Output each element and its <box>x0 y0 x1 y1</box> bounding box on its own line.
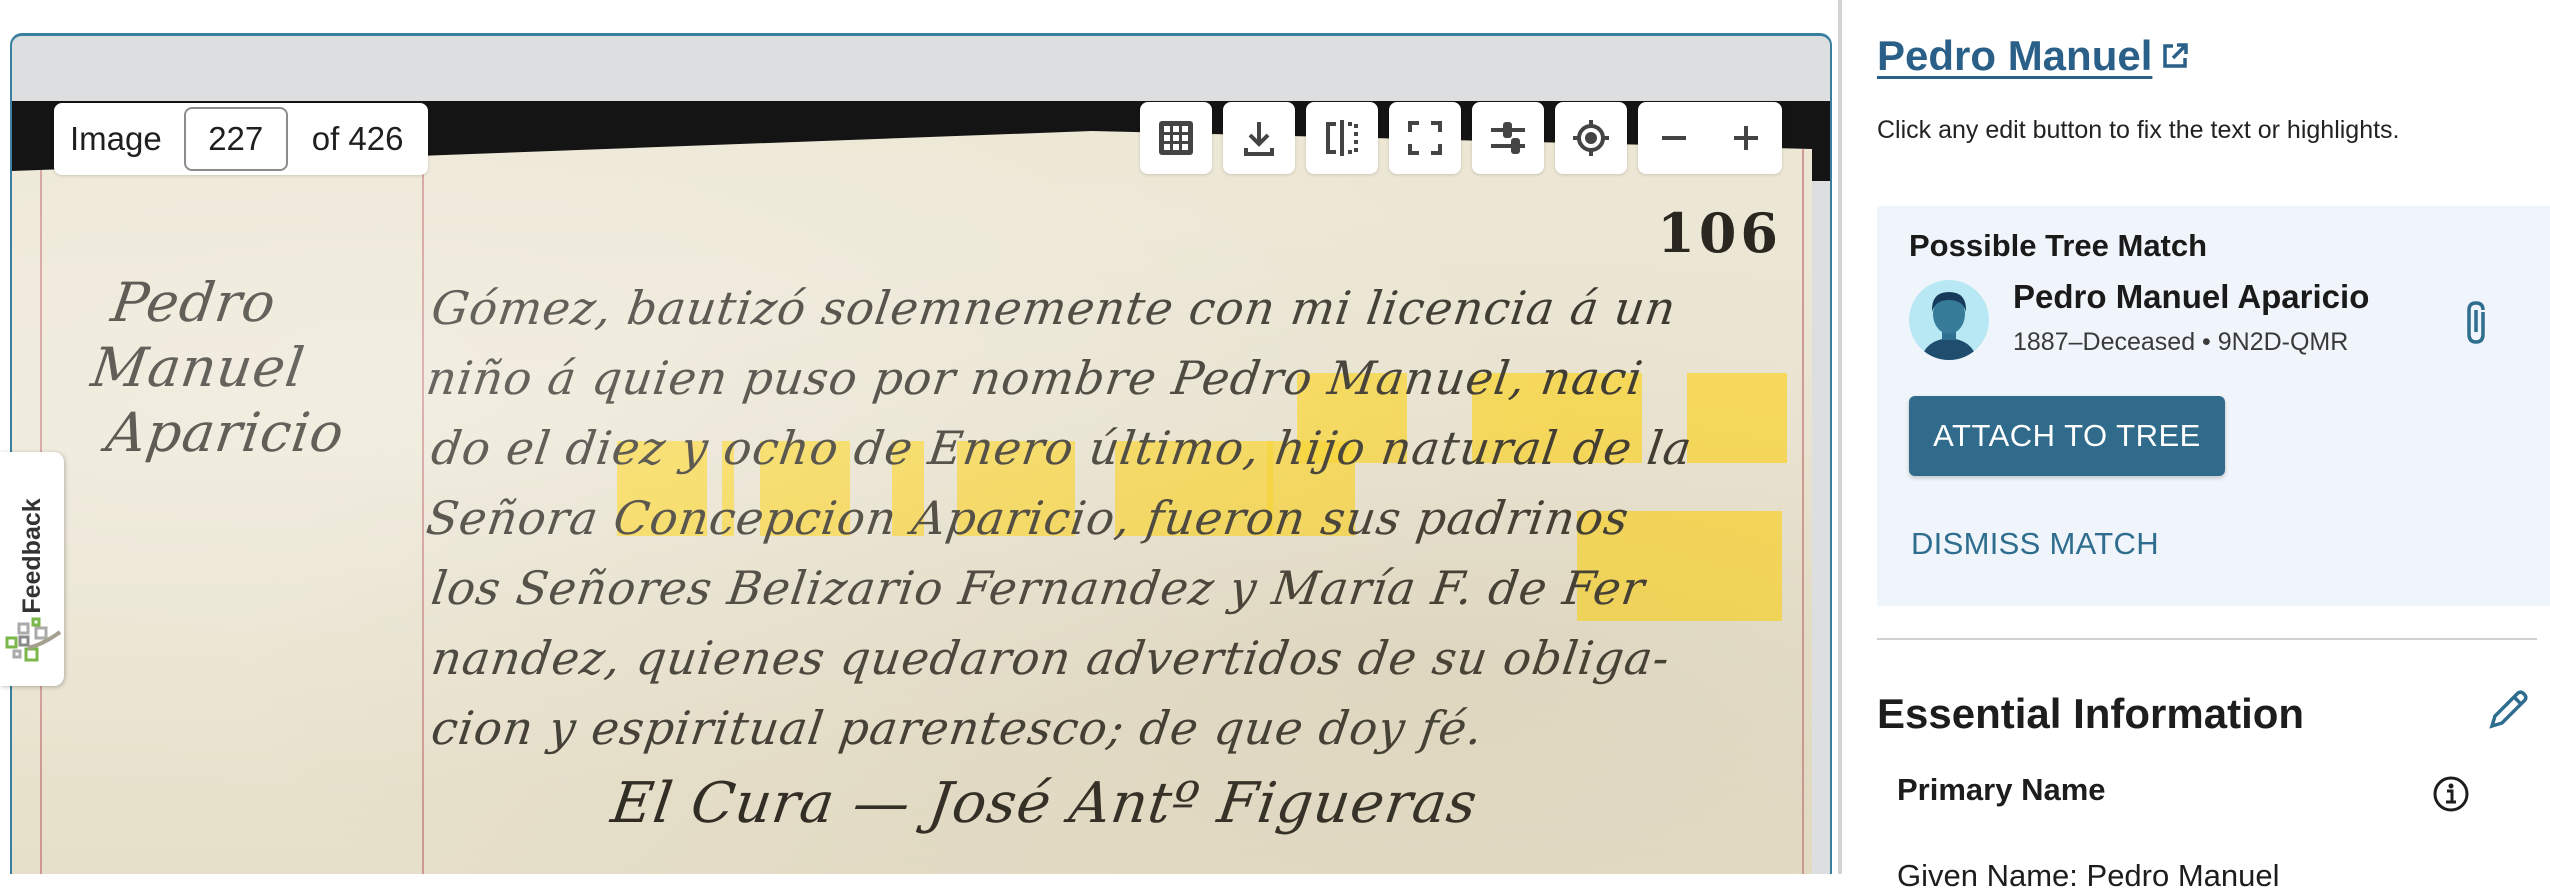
match-heading: Possible Tree Match <box>1909 228 2207 264</box>
fullscreen-icon <box>1405 118 1445 158</box>
person-avatar-icon <box>1909 280 1989 360</box>
highlight-box[interactable] <box>760 441 850 536</box>
highlight-box[interactable] <box>1297 373 1407 463</box>
highlight-box[interactable] <box>957 441 1075 536</box>
match-person-name: Pedro Manuel Aparicio <box>2013 278 2369 316</box>
match-person-meta: 1887–Deceased • 9N2D-QMR <box>2013 328 2348 357</box>
sliders-icon <box>1488 118 1528 158</box>
document-text-line: cion y espiritual parentesco; de que doy… <box>428 701 1487 755</box>
highlight-box[interactable] <box>1472 373 1642 463</box>
primary-name-info-button[interactable] <box>2432 775 2470 818</box>
paperclip-icon <box>2463 300 2493 346</box>
compare-button[interactable] <box>1306 102 1378 174</box>
zoom-in-button[interactable] <box>1716 102 1776 174</box>
info-icon <box>2432 775 2470 813</box>
image-label: Image <box>70 120 162 158</box>
record-panel: Pedro Manuel Click any edit button to fi… <box>1842 0 2550 874</box>
recenter-button[interactable] <box>1555 102 1627 174</box>
margin-rule-line <box>1802 131 1804 874</box>
download-icon <box>1239 118 1279 158</box>
highlight-box[interactable] <box>1577 511 1782 621</box>
split-compare-icon <box>1322 118 1362 158</box>
margin-name-line: Aparicio <box>103 401 349 464</box>
feedback-logo-icon <box>4 614 62 668</box>
document-image[interactable]: 106 Pedro Manuel Aparicio Gómez, bautizó… <box>12 131 1812 874</box>
document-text-line: Gómez, bautizó solemnemente con mi licen… <box>428 281 1680 335</box>
panel-instructions: Click any edit button to fix the text or… <box>1877 116 2400 145</box>
margin-name-line: Pedro <box>108 271 281 334</box>
pencil-icon <box>2486 688 2530 732</box>
edit-essential-button[interactable] <box>2486 688 2530 737</box>
image-adjust-button[interactable] <box>1472 102 1544 174</box>
viewer-toolbar <box>1140 102 1782 174</box>
document-text-line: do el diez y ocho de Enero último, hijo … <box>428 421 1696 475</box>
margin-rule-line <box>422 131 424 874</box>
person-title-link[interactable]: Pedro Manuel <box>1877 32 2190 80</box>
minus-icon <box>1659 123 1689 153</box>
zoom-controls <box>1638 102 1782 174</box>
feedback-tab[interactable]: Feedback <box>0 452 64 686</box>
document-text-line: niño á quien puso por nombre Pedro Manue… <box>423 351 1646 405</box>
highlight-box[interactable] <box>1267 441 1355 536</box>
attach-clip-button[interactable] <box>2463 300 2493 351</box>
dismiss-match-button[interactable]: DISMISS MATCH <box>1911 526 2159 562</box>
page-number: 106 <box>1657 201 1782 265</box>
document-text-line: Señora Concepcion Aparicio, fueron sus p… <box>423 491 1632 545</box>
image-number-input[interactable] <box>184 107 288 171</box>
primary-name-label: Primary Name <box>1897 772 2106 808</box>
signature: El Cura — José Antº Figueras <box>607 771 1481 836</box>
download-button[interactable] <box>1223 102 1295 174</box>
document-text-line: los Señores Belizario Fernandez y María … <box>428 561 1648 615</box>
image-counter: Image of 426 <box>54 103 428 175</box>
target-icon <box>1571 118 1611 158</box>
image-total: of 426 <box>312 120 404 158</box>
document-text-line: nandez, quienes quedaron advertidos de s… <box>428 631 1673 685</box>
person-title: Pedro Manuel <box>1877 32 2152 80</box>
plus-icon <box>1731 123 1761 153</box>
tree-match-card: Possible Tree Match Pedro Manuel Aparici… <box>1877 206 2550 606</box>
external-link-icon <box>2160 41 2190 71</box>
grid-icon <box>1156 118 1196 158</box>
highlight-box[interactable] <box>892 441 924 536</box>
essential-info-heading: Essential Information <box>1877 690 2304 738</box>
grid-view-button[interactable] <box>1140 102 1212 174</box>
highlight-box[interactable] <box>617 441 707 536</box>
section-divider <box>1877 638 2537 640</box>
highlight-box[interactable] <box>722 441 734 536</box>
avatar <box>1909 280 1989 360</box>
margin-name-line: Manuel <box>88 336 309 399</box>
zoom-out-button[interactable] <box>1644 102 1704 174</box>
image-viewer[interactable]: 106 Pedro Manuel Aparicio Gómez, bautizó… <box>10 33 1832 874</box>
attach-to-tree-button[interactable]: ATTACH TO TREE <box>1909 396 2225 476</box>
highlight-box[interactable] <box>1115 441 1273 536</box>
highlight-box[interactable] <box>1687 373 1787 463</box>
feedback-label: Feedback <box>18 486 47 626</box>
fullscreen-button[interactable] <box>1389 102 1461 174</box>
given-name-value: Given Name: Pedro Manuel <box>1897 858 2280 874</box>
